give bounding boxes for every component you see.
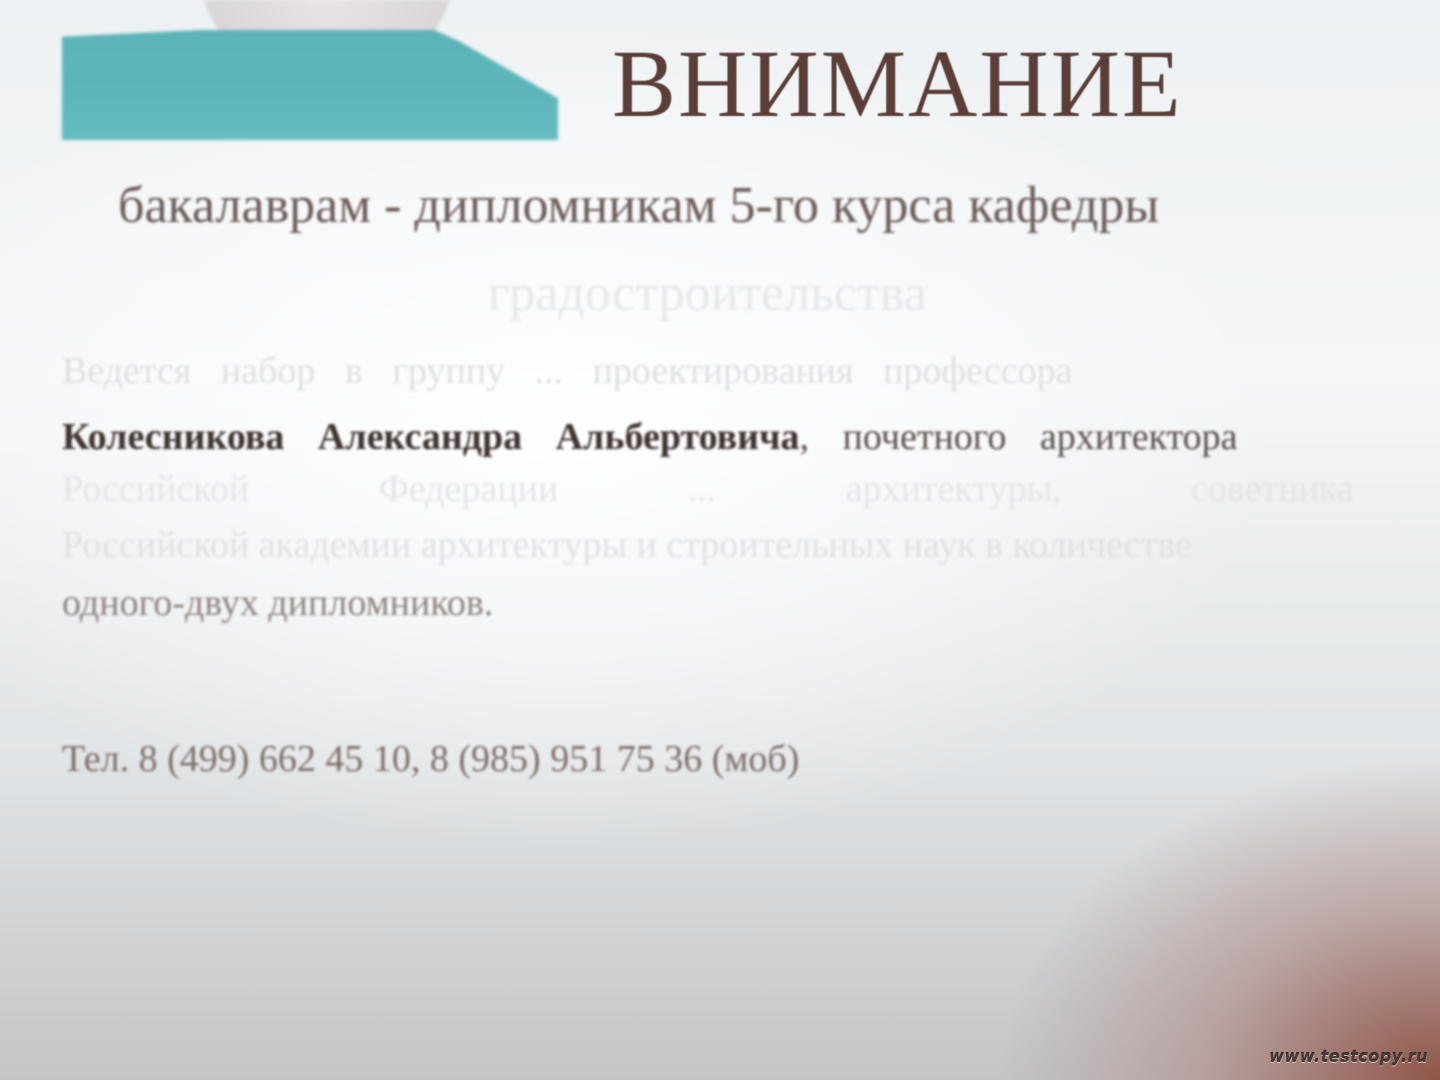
watermark: www.testcopy.ru xyxy=(1269,1047,1428,1066)
body-line-2: Колесникова Александра Альбертовича, поч… xyxy=(62,418,1440,456)
portrait-photo xyxy=(62,0,558,140)
notice-subtitle-department: градостроительства xyxy=(488,268,927,320)
notice-subtitle: бакалаврам - дипломникам 5-го курса кафе… xyxy=(118,180,1159,232)
notice-title: ВНИМАНИЕ xyxy=(612,36,1183,132)
contact-phone: Тел. 8 (499) 662 45 10, 8 (985) 951 75 3… xyxy=(62,740,799,778)
portrait-shirt xyxy=(62,30,558,140)
body-line-5: одного-двух дипломников. xyxy=(62,584,1440,622)
body-line-1: Ведется набор в группу ... проектировани… xyxy=(62,352,1440,390)
body-line-3: Российской Федерации ... архитектуры, со… xyxy=(62,470,1440,508)
body-line-4: Российской академии архитектуры и строит… xyxy=(62,526,1440,564)
professor-title: , почетного архитектора xyxy=(800,416,1238,458)
professor-name: Колесникова Александра Альбертовича xyxy=(62,416,800,458)
